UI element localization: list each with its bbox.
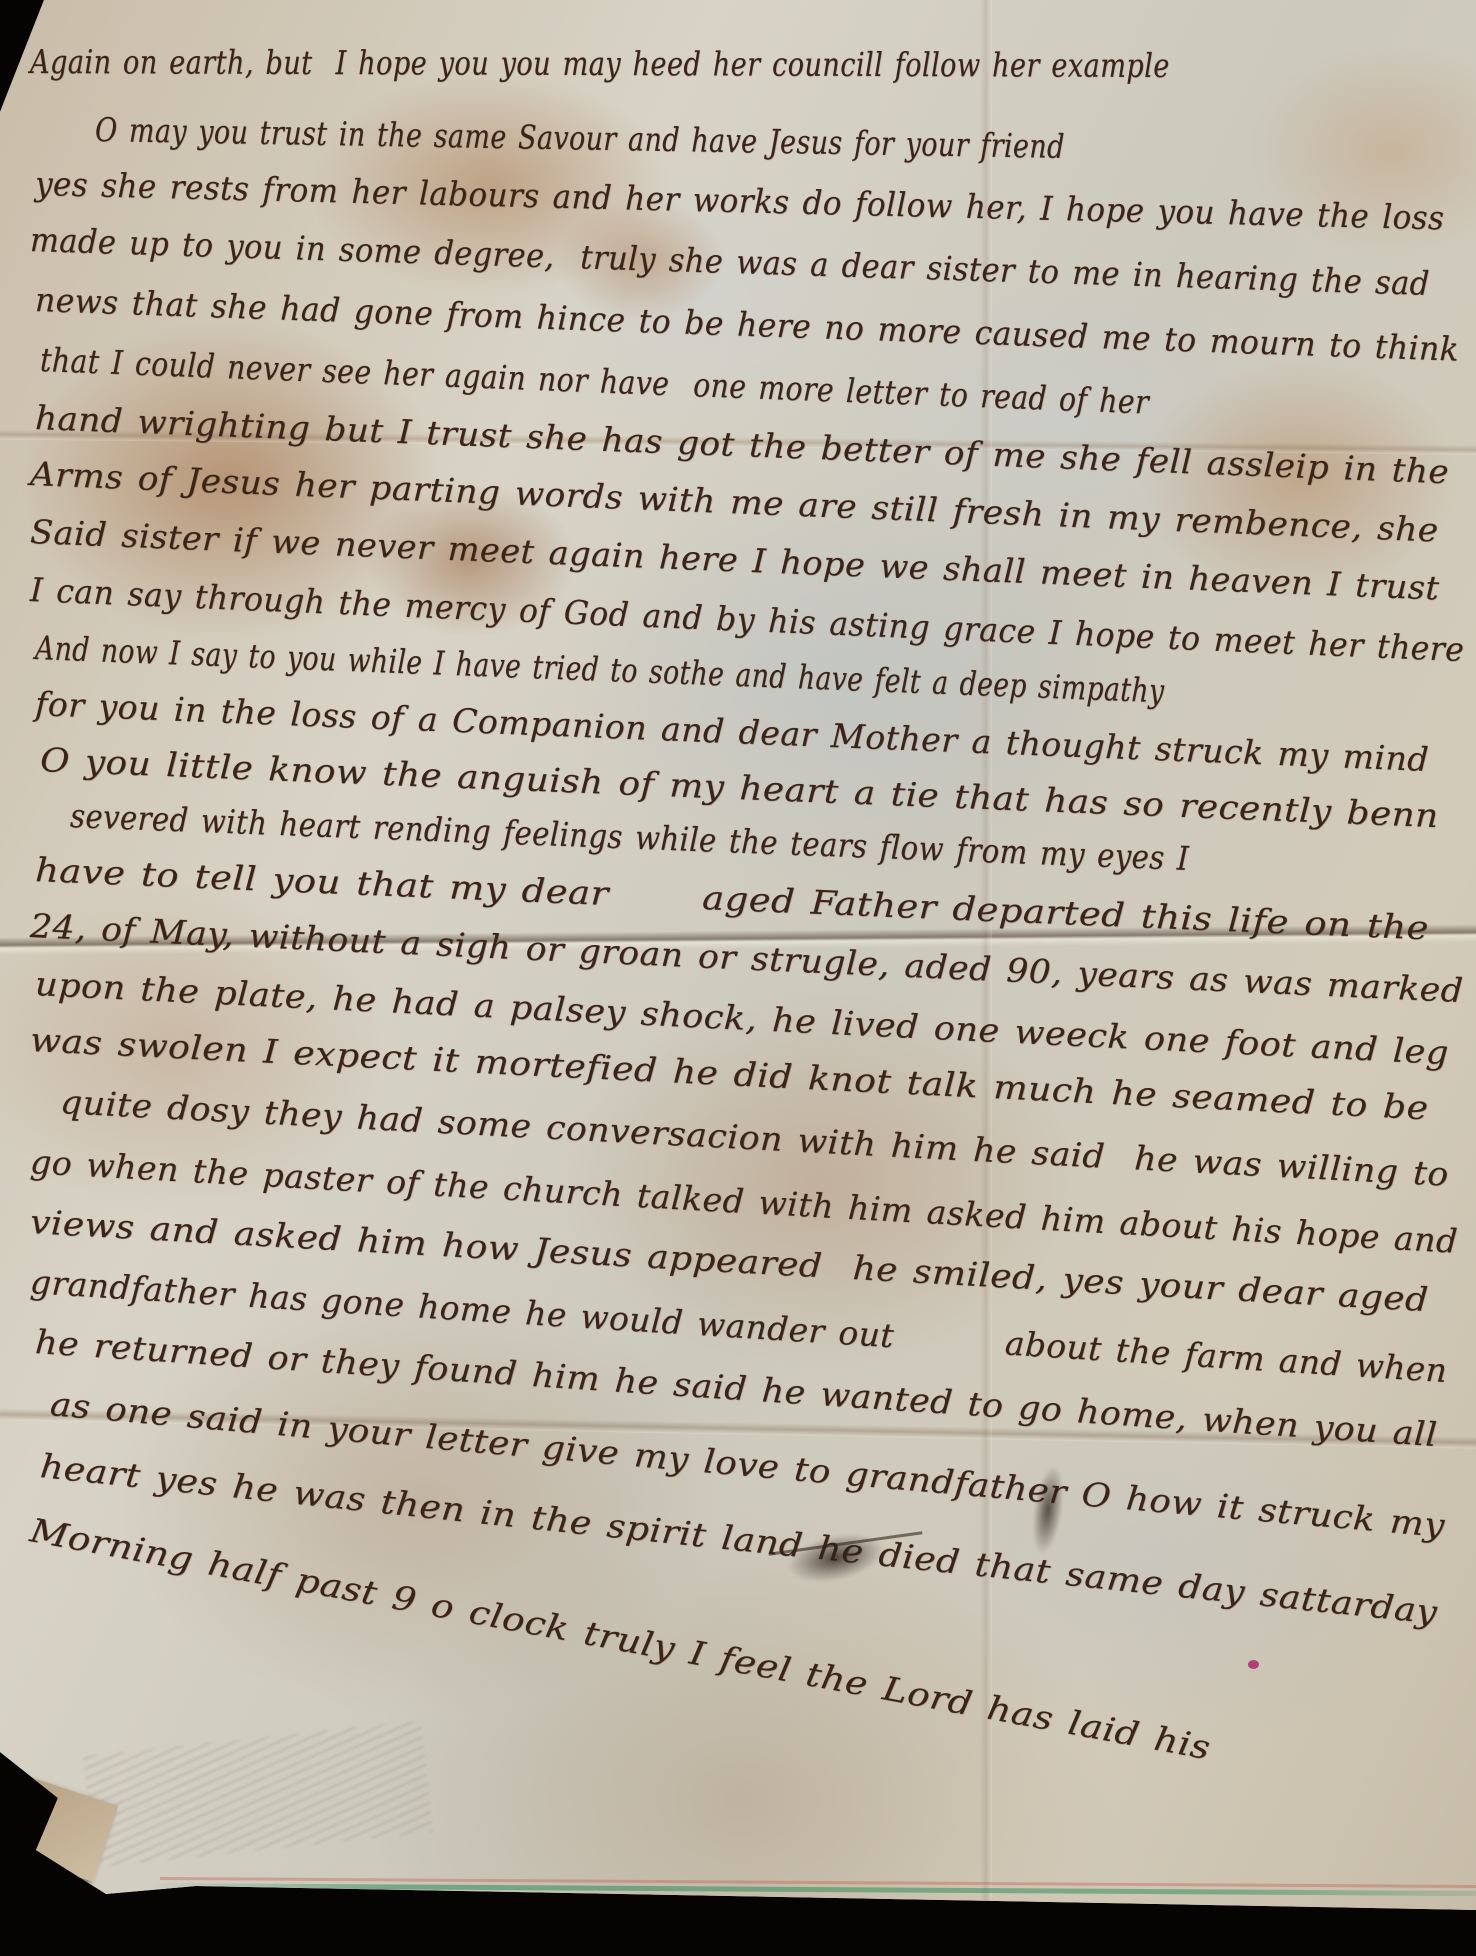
ink-dot	[1248, 1660, 1259, 1669]
letter-line: Again on earth, but I hope you you may h…	[30, 44, 1170, 84]
scanned-letter: Again on earth, but I hope you you may h…	[0, 0, 1476, 1956]
paper-sheet: Again on earth, but I hope you you may h…	[0, 0, 1476, 1956]
letter-line: O may you trust in the same Savour and h…	[95, 112, 1065, 165]
